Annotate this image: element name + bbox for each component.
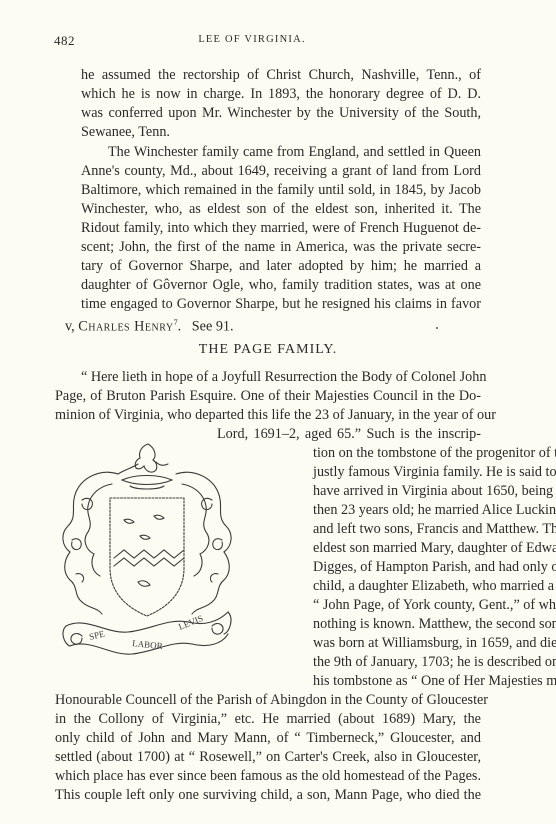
text-line: Winchester, who, as eldest son of the el…: [81, 200, 481, 219]
text-line: This couple left only one surviving chil…: [55, 786, 481, 805]
text-line: justly famous Virginia family. He is sai…: [313, 463, 481, 482]
text-line: then 23 years old; he married Alice Luck…: [313, 501, 481, 520]
text-line: was born at Williamsburg, in 1659, and d…: [313, 634, 481, 653]
text-line: his tombstone as “ One of Her Majesties …: [313, 672, 481, 691]
text-line: only child of John and Mary Mann, of “ T…: [55, 729, 481, 748]
book-page: 482 LEE OF VIRGINIA. he assumed the rect…: [0, 0, 556, 824]
text-line: which he is now in charge. In 1893, the …: [81, 85, 481, 104]
text-line: daughter of Gôvernor Ogle, who, family t…: [81, 276, 481, 295]
running-title: LEE OF VIRGINIA.: [0, 34, 504, 45]
text-line: tion on the tombstone of the progenitor …: [313, 444, 481, 463]
text-line: he assumed the rectorship of Christ Chur…: [81, 66, 481, 85]
motto-word: LABOR: [132, 638, 163, 651]
text-line: tary of Governor Sharpe, and later adopt…: [81, 257, 481, 276]
text-line: Sewanee, Tenn.: [81, 123, 481, 142]
print-speck: [436, 327, 438, 329]
text-line: The Winchester family came from England,…: [108, 143, 481, 162]
entry-reference: See 91.: [192, 319, 234, 335]
text-line: was conferred upon Mr. Winchester by the…: [81, 104, 481, 123]
text-line: Digges, of Hampton Parish, and had only …: [313, 558, 481, 577]
text-line: the 9th of January, 1703; he is describe…: [313, 653, 481, 672]
genealogy-entry: v, Charles Henry7. See 91.: [65, 313, 234, 337]
entry-name: Charles Henry: [78, 319, 173, 335]
text-line: scent; John, the first of the name in Am…: [81, 238, 481, 257]
entry-numeral: v,: [65, 319, 75, 335]
text-line: and left two sons, Francis and Matthew. …: [313, 520, 481, 539]
text-line: time engaged to Governor Sharpe, but he …: [81, 295, 481, 314]
text-line: Anne's county, Md., about 1649, receivin…: [81, 162, 481, 181]
text-line: in the Collony of Virginia,” etc. He mar…: [55, 710, 481, 729]
motto-word: LEVIS: [177, 613, 204, 632]
text-line: minion of Virginia, who departed this li…: [55, 406, 481, 425]
text-line: “ Here lieth in hope of a Joyfull Resurr…: [81, 368, 481, 387]
coat-of-arms-icon: SPE LABOR LEVIS: [52, 440, 242, 666]
text-line: nothing is known. Matthew, the second so…: [313, 615, 481, 634]
motto-word: SPE: [88, 628, 106, 642]
text-line: child, a daughter Elizabeth, who married…: [313, 577, 481, 596]
text-line: which place has ever since been famous a…: [55, 767, 481, 786]
text-line: “ John Page, of York county, Gent.,” of …: [313, 596, 481, 615]
text-line: have arrived in Virginia about 1650, bei…: [313, 482, 481, 501]
text-line: Baltimore, which remained in the family …: [81, 181, 481, 200]
running-header: 482 LEE OF VIRGINIA.: [0, 33, 556, 49]
text-line: Honourable Councell of the Parish of Abi…: [55, 691, 481, 710]
text-line: settled (about 1700) at “ Rosewell,” on …: [55, 748, 481, 767]
text-line: Ridout family, into which they married, …: [81, 219, 481, 238]
text-line: Lord, 1691–2, aged 65.” Such is the insc…: [217, 425, 481, 444]
section-title: THE PAGE FAMILY.: [0, 342, 536, 358]
text-line: Page, of Bruton Parish Esquire. One of t…: [55, 387, 481, 406]
entry-generation: 7: [174, 318, 178, 327]
text-line: eldest son married Mary, daughter of Edw…: [313, 539, 481, 558]
